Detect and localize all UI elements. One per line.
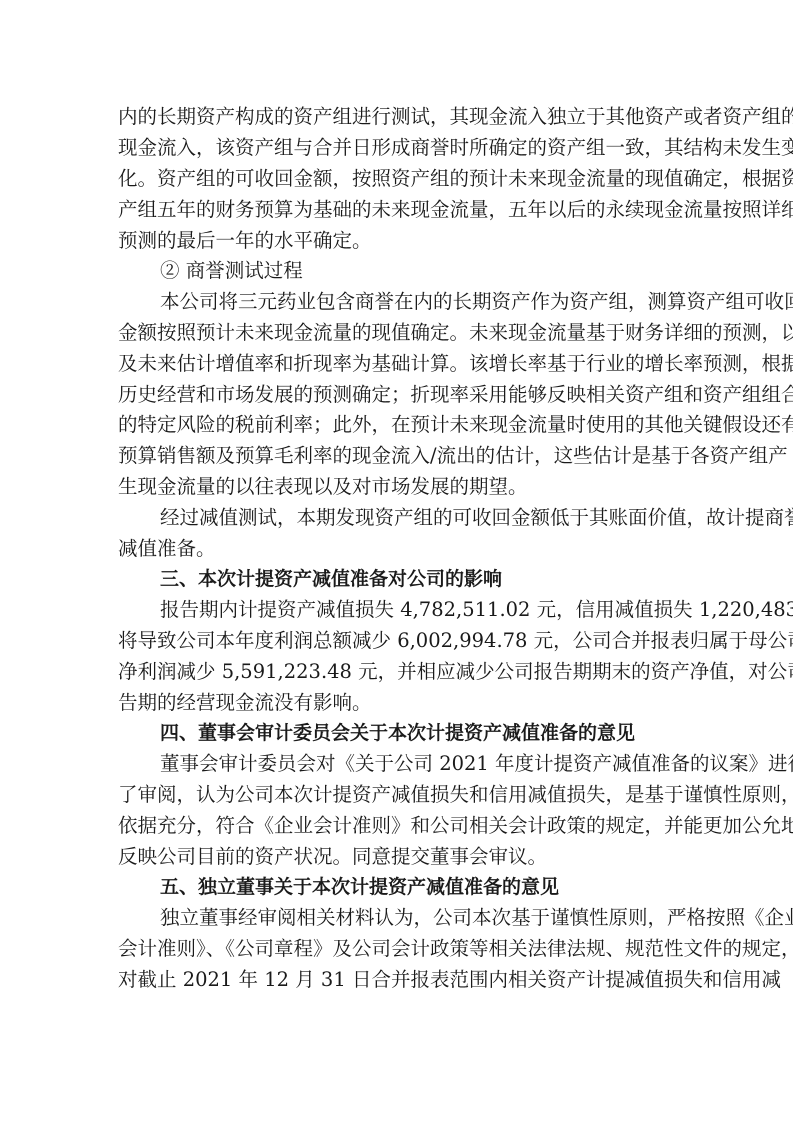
paragraph-line: 依据充分，符合《企业会计准则》和公司相关会计政策的规定，并能更加公允地 — [118, 811, 676, 841]
section-heading-5: 五、独立董事关于本次计提资产减值准备的意见 — [160, 872, 676, 902]
section-heading-4: 四、董事会审计委员会关于本次计提资产减值准备的意见 — [160, 718, 676, 748]
paragraph-line: 生现金流量的以往表现以及对市场发展的期望。 — [118, 472, 676, 502]
paragraph-line: 及未来估计增值率和折现率为基础计算。该增长率基于行业的增长率预测，根据 — [118, 349, 676, 379]
paragraph-line: 报告期内计提资产减值损失 4,782,511.02 元，信用减值损失 1,220… — [160, 595, 676, 625]
paragraph-line: 现金流入，该资产组与合并日形成商誉时所确定的资产组一致，其结构未发生变 — [118, 133, 676, 163]
paragraph-line: 对截止 2021 年 12 月 31 日合并报表范围内相关资产计提减值损失和信用… — [118, 965, 676, 995]
paragraph-line: 了审阅，认为公司本次计提资产减值损失和信用减值损失，是基于谨慎性原则， — [118, 780, 676, 810]
paragraph-line: 经过减值测试，本期发现资产组的可收回金额低于其账面价值，故计提商誉 — [160, 503, 676, 533]
paragraph-line: 会计准则》、《公司章程》及公司会计政策等相关法律法规、规范性文件的规定， — [118, 934, 676, 964]
paragraph-line: 预测的最后一年的水平确定。 — [118, 226, 676, 256]
paragraph-line: 的特定风险的税前利率；此外，在预计未来现金流量时使用的其他关键假设还有： — [118, 410, 676, 440]
paragraph-line: 预算销售额及预算毛利率的现金流入/流出的估计，这些估计是基于各资产组产 — [118, 441, 676, 471]
section-heading-3: 三、本次计提资产减值准备对公司的影响 — [160, 564, 676, 594]
paragraph-line: 将导致公司本年度利润总额减少 6,002,994.78 元，公司合并报表归属于母… — [118, 626, 676, 656]
paragraph-line: 减值准备。 — [118, 534, 676, 564]
paragraph-line: 金额按照预计未来现金流量的现值确定。未来现金流量基于财务详细的预测，以 — [118, 318, 676, 348]
paragraph-line: 历史经营和市场发展的预测确定；折现率采用能够反映相关资产组和资产组组合 — [118, 380, 676, 410]
document-page: 内的长期资产构成的资产组进行测试，其现金流入独立于其他资产或者资产组的 现金流入… — [0, 0, 793, 1122]
paragraph-line: 独立董事经审阅相关材料认为，公司本次基于谨慎性原则，严格按照《企业 — [160, 903, 676, 933]
paragraph-line: 董事会审计委员会对《关于公司 2021 年度计提资产减值准备的议案》进行 — [160, 749, 676, 779]
subheading-goodwill-test-process: ② 商誉测试过程 — [160, 256, 676, 286]
paragraph-line: 反映公司目前的资产状况。同意提交董事会审议。 — [118, 842, 676, 872]
paragraph-line: 告期的经营现金流没有影响。 — [118, 688, 676, 718]
paragraph-line: 净利润减少 5,591,223.48 元，并相应减少公司报告期期末的资产净值，对… — [118, 657, 676, 687]
paragraph-line: 产组五年的财务预算为基础的未来现金流量，五年以后的永续现金流量按照详细 — [118, 195, 676, 225]
paragraph-line: 化。资产组的可收回金额，按照资产组的预计未来现金流量的现值确定，根据资 — [118, 164, 676, 194]
paragraph-line: 本公司将三元药业包含商誉在内的长期资产作为资产组，测算资产组可收回 — [160, 287, 676, 317]
paragraph-line: 内的长期资产构成的资产组进行测试，其现金流入独立于其他资产或者资产组的 — [118, 102, 676, 132]
